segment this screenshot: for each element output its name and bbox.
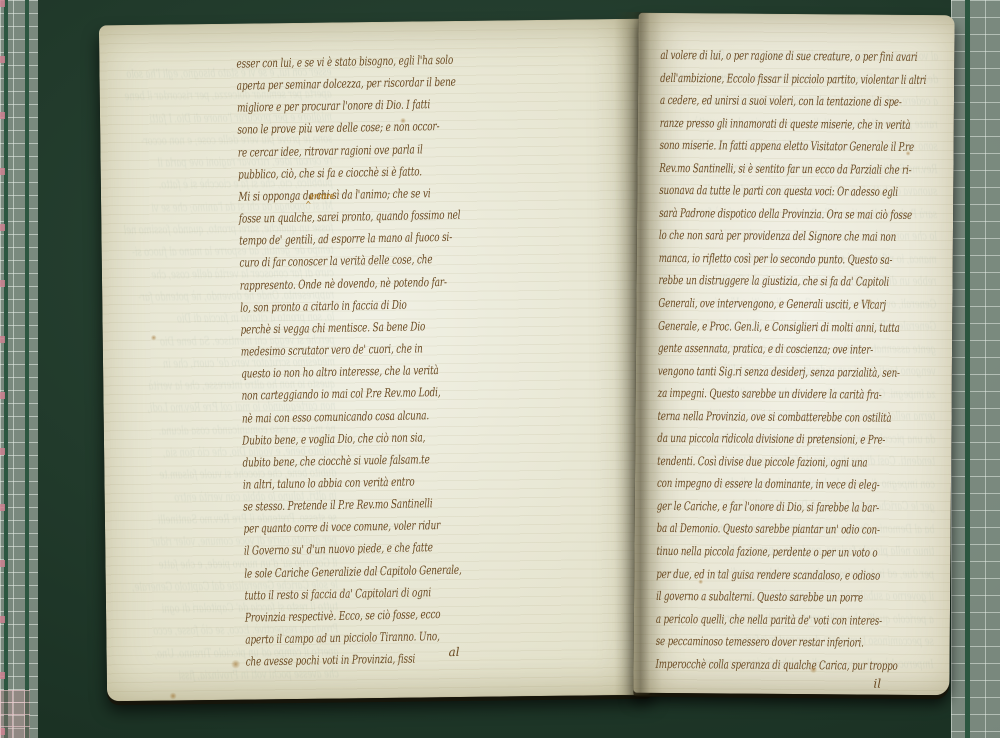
manuscript-right-page: al volere di lui, o per ragione di sue c… — [633, 13, 954, 695]
manuscript-line: non carteggiando io mai col P.re Rev.mo … — [241, 381, 463, 407]
manuscript-line: manca, io rifletto così per lo secondo p… — [659, 247, 925, 272]
fox-stain — [169, 692, 177, 699]
manuscript-line: il governo a subalterni. Questo sarebbe … — [656, 585, 922, 610]
manuscript-line: Rev.mo Santinelli, si è sentito far un e… — [659, 157, 925, 182]
catchword: al — [448, 645, 459, 659]
manuscript-line: a cedere, ed unirsi a suoi voleri, con l… — [660, 89, 926, 114]
manuscript-line: per due, ed in tal guisa rendere scandal… — [656, 563, 922, 588]
manuscript-line: za impegni. Questo sarebbe un dividere l… — [658, 382, 924, 407]
manuscript-line: rappresento. Onde nè dovendo, nè potendo… — [240, 270, 462, 296]
left-page-text-block: errore ^ esser con lui, e se vi è stato … — [236, 49, 467, 673]
manuscript-line: rebbe un distruggere la giustizia, che s… — [658, 269, 924, 294]
photo-scene: esser con lui, e se vi è stato bisogno, … — [0, 0, 1000, 738]
manuscript-line: a pericolo quelli, che nella parità de' … — [656, 608, 922, 633]
manuscript-line: con impegno di essere la dominante, in v… — [657, 472, 923, 497]
manuscript-line: suonava da tutte le parti con questa voc… — [659, 179, 925, 204]
manuscript-line: sarà Padrone dispotico della Provinzia. … — [659, 202, 925, 227]
mat-ruler-left — [0, 0, 38, 738]
manuscript-line: sono le prove più vere delle cose; e non… — [237, 115, 459, 141]
manuscript-line: ger le Cariche, e far l'onore di Dio, si… — [657, 495, 923, 520]
mat-pink-tick-marks — [0, 0, 5, 738]
manuscript-line: terna nella Provinzia, ove si combattere… — [657, 405, 923, 430]
catchword: il — [873, 677, 881, 691]
manuscript-line: ba al Demonio. Questo sarebbe piantar un… — [657, 517, 923, 542]
manuscript-left-page: esser con lui, e se vi è stato bisogno, … — [99, 19, 652, 702]
manuscript-line: gente assennata, pratica, e di coscienza… — [658, 337, 924, 362]
manuscript-line: tinuo nella piccola fazione, perdente o … — [656, 540, 922, 565]
manuscript-line: Generali, ove intervengono, e Generali u… — [658, 292, 924, 317]
manuscript-line: ranze presso gli innamorati di queste mi… — [660, 112, 926, 137]
manuscript-line: Generale, e Proc. Gen.li, e Consiglieri … — [658, 314, 924, 339]
manuscript-line: che avesse pochi voti in Provinzia, fiss… — [245, 647, 467, 673]
manuscript-line: al volere di lui, o per ragione di sue c… — [660, 44, 926, 69]
manuscript-line: da una piccola ridicola divisione di pre… — [657, 427, 923, 452]
manuscript-line: tendenti. Così divise due piccole fazion… — [657, 450, 923, 475]
manuscript-line: dell'ambizione, Eccolo fissar il picciol… — [660, 66, 926, 91]
manuscript-line: sono miserie. In fatti appena eletto Vis… — [660, 134, 926, 159]
manuscript-line: se peccaminoso temessero dover restar in… — [656, 630, 922, 655]
fox-stain — [151, 335, 157, 341]
manuscript-line: Imperocchè colla speranza di qualche Car… — [655, 653, 921, 678]
manuscript-line: lo che non sarà per providenza del Signo… — [659, 224, 925, 249]
insertion-caret-mark: ^ — [305, 201, 311, 211]
interlinear-insertion: errore — [309, 192, 334, 202]
mat-pink-corner-grid — [0, 690, 30, 738]
manuscript-line: le sole Cariche Generalizie dal Capitolo… — [244, 558, 466, 584]
manuscript-line: vengono tanti Sig.ri senza desiderj, sen… — [658, 360, 924, 385]
mat-ruler-right — [951, 0, 1000, 738]
fox-stain — [231, 660, 241, 669]
manuscript-line: aperto il campo ad un picciolo Tiranno. … — [245, 625, 467, 651]
right-page-text-block: al volere di lui, o per ragione di sue c… — [655, 44, 926, 677]
